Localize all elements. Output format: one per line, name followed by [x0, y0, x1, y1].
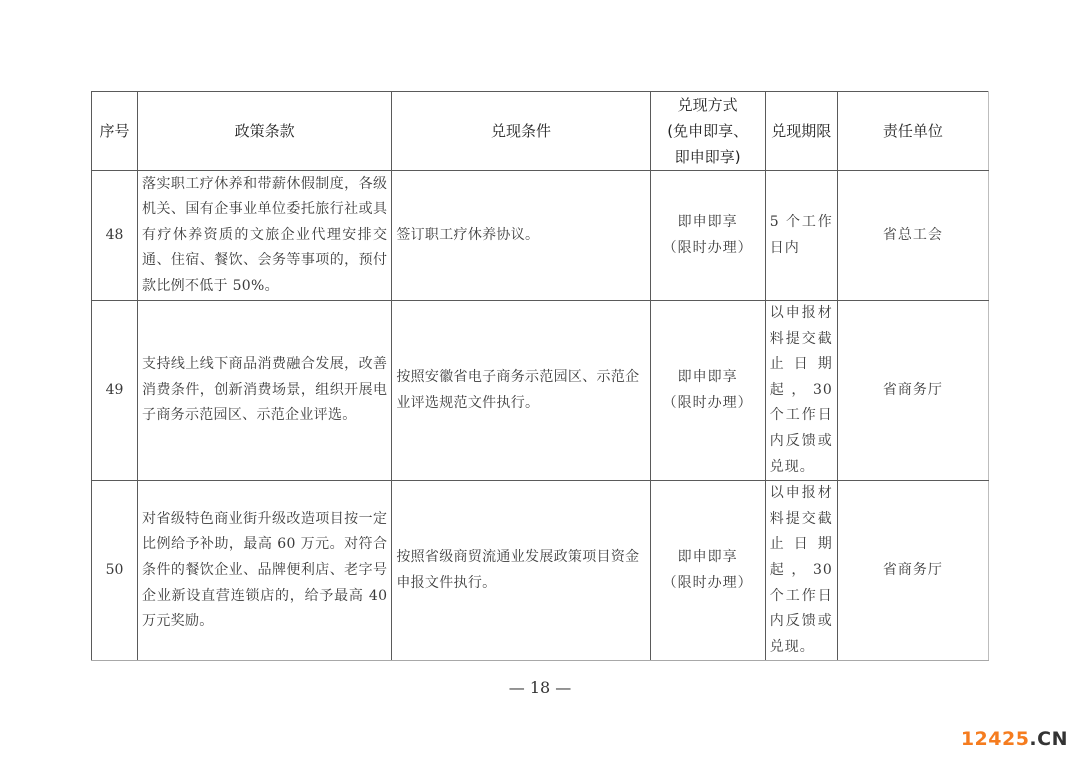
row-number: 50 [92, 481, 138, 661]
table-row: 50 对省级特色商业街升级改造项目按一定比例给予补助，最高 60 万元。对符合条… [92, 481, 989, 661]
table-row: 48 落实职工疗休养和带薪休假制度，各级机关、国有企事业单位委托旅行社或具有疗休… [92, 171, 989, 301]
mode-line: 即申即享 [651, 545, 765, 571]
mode-cell: 即申即享 （限时办理） [650, 481, 765, 661]
mode-line: 即申即享 [651, 365, 765, 391]
row-number: 48 [92, 171, 138, 301]
row-number: 49 [92, 301, 138, 481]
mode-cell: 即申即享 （限时办理） [650, 171, 765, 301]
unit-text: 省总工会 [837, 171, 988, 301]
watermark-domain: .CN [1029, 728, 1068, 750]
unit-text: 省商务厅 [837, 301, 988, 481]
header-unit: 责任单位 [837, 92, 988, 171]
mode-line: （限时办理） [651, 391, 765, 417]
header-mode: 兑现方式 (免申即享、 即申即享) [650, 92, 765, 171]
policy-text: 对省级特色商业街升级改造项目按一定比例给予补助，最高 60 万元。对符合条件的餐… [138, 481, 392, 661]
header-no: 序号 [92, 92, 138, 171]
watermark-logo: 12425.CN [961, 728, 1068, 750]
mode-line: （限时办理） [651, 571, 765, 597]
mode-line: （限时办理） [651, 236, 765, 262]
page-number: — 18 — [0, 678, 1080, 697]
policy-text: 支持线上线下商品消费融合发展，改善消费条件，创新消费场景，组织开展电子商务示范园… [138, 301, 392, 481]
condition-text: 按照安徽省电子商务示范园区、示范企业评选规范文件执行。 [392, 301, 650, 481]
table-header-row: 序号 政策条款 兑现条件 兑现方式 (免申即享、 即申即享) 兑现期限 责任单位 [92, 92, 989, 171]
policy-text: 落实职工疗休养和带薪休假制度，各级机关、国有企事业单位委托旅行社或具有疗休养资质… [138, 171, 392, 301]
period-text: 以申报材料提交截止日期起，30 个工作日内反馈或兑现。 [765, 481, 837, 661]
policy-table: 序号 政策条款 兑现条件 兑现方式 (免申即享、 即申即享) 兑现期限 责任单位… [91, 91, 989, 661]
mode-line: 即申即享 [651, 210, 765, 236]
unit-text: 省商务厅 [837, 481, 988, 661]
header-mode-line: (免申即享、 [651, 118, 765, 144]
watermark-number: 12425 [961, 728, 1030, 750]
condition-text: 按照省级商贸流通业发展政策项目资金申报文件执行。 [392, 481, 650, 661]
header-condition: 兑现条件 [392, 92, 650, 171]
header-mode-line: 即申即享) [651, 144, 765, 170]
period-text: 以申报材料提交截止日期起，30 个工作日内反馈或兑现。 [765, 301, 837, 481]
header-mode-line: 兑现方式 [651, 92, 765, 118]
mode-cell: 即申即享 （限时办理） [650, 301, 765, 481]
period-text: 5 个工作日内 [765, 171, 837, 301]
header-period: 兑现期限 [765, 92, 837, 171]
table-row: 49 支持线上线下商品消费融合发展，改善消费条件，创新消费场景，组织开展电子商务… [92, 301, 989, 481]
header-policy: 政策条款 [138, 92, 392, 171]
condition-text: 签订职工疗休养协议。 [392, 171, 650, 301]
